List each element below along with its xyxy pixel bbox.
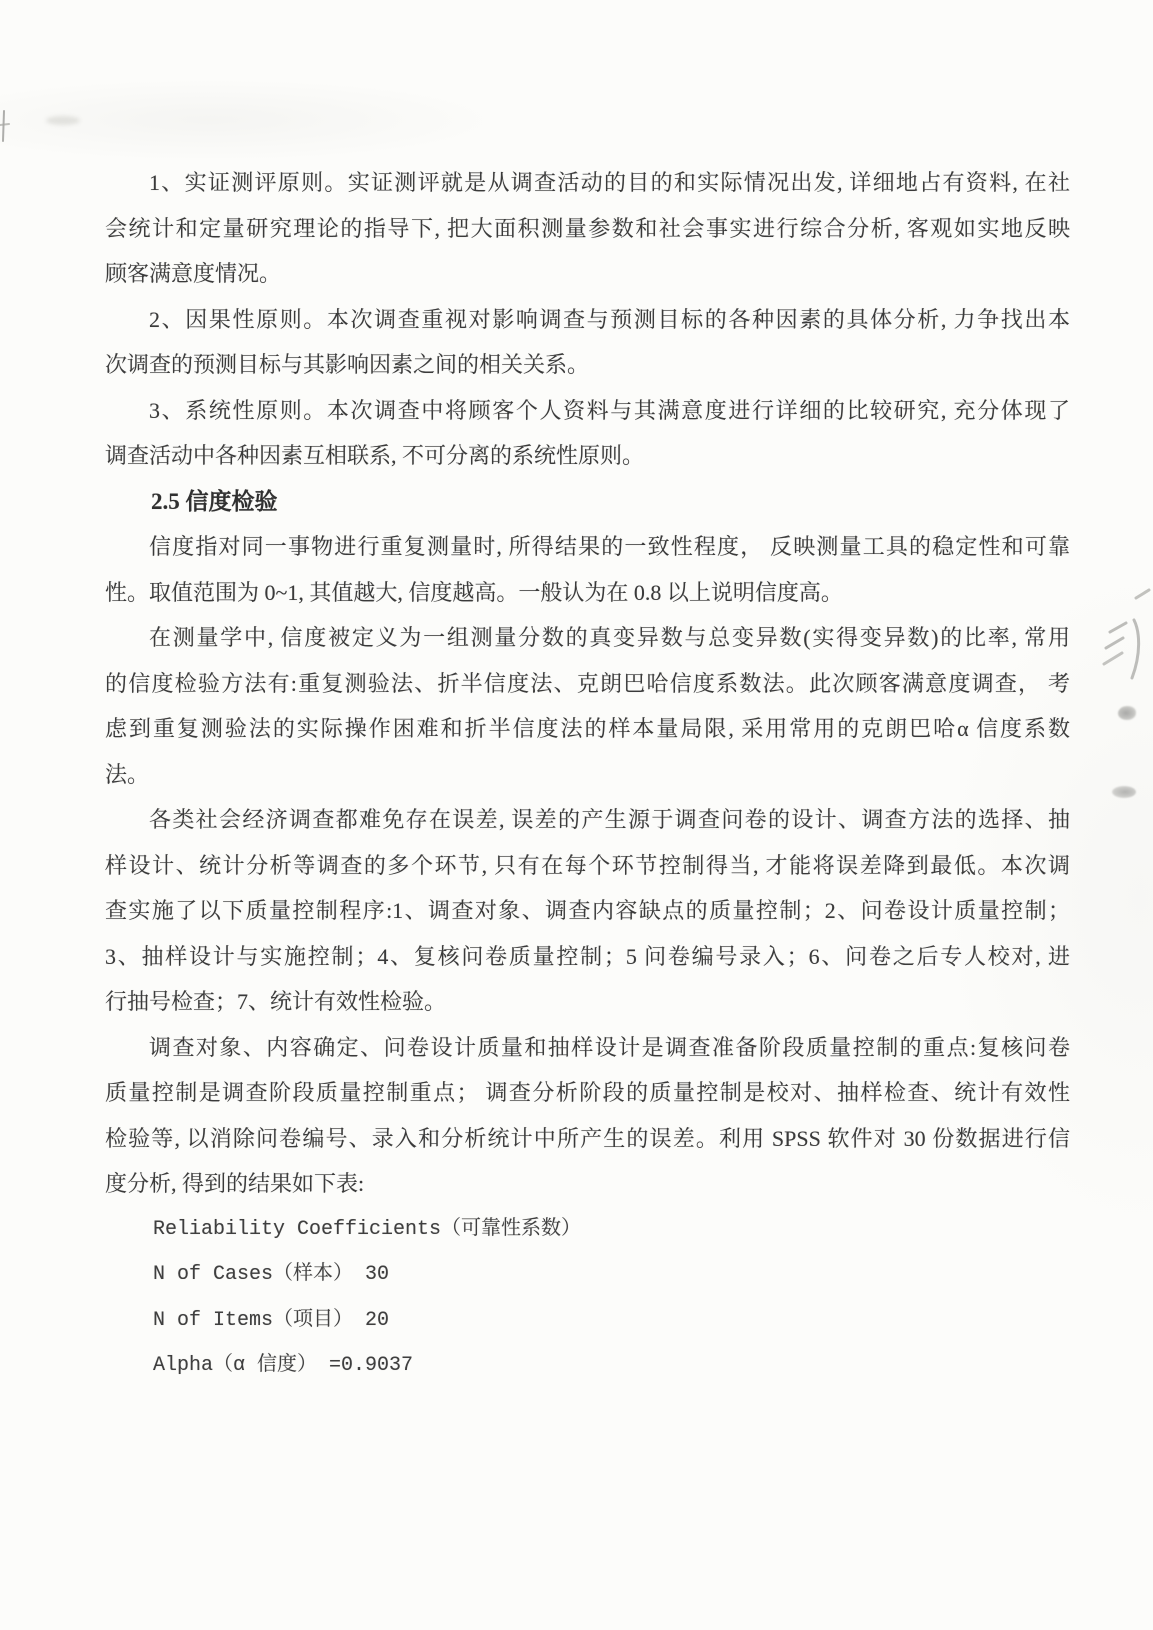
text-line: N of Cases（样本） 30 bbox=[105, 1252, 1070, 1298]
ink-smudge-right-1 bbox=[1118, 706, 1136, 720]
text-line: 度分析, 得到的结果如下表: bbox=[105, 1161, 1070, 1207]
text-line: 1、实证测评原则。实证测评就是从调查活动的目的和实际情况出发, 详细地占有资料,… bbox=[105, 160, 1070, 206]
text-line: 信度指对同一事物进行重复测量时, 所得结果的一致性程度， 反映测量工具的稳定性和… bbox=[105, 524, 1070, 570]
text-line: Reliability Coefficients（可靠性系数） bbox=[105, 1207, 1070, 1253]
handwritten-scribble-right-margin bbox=[1096, 578, 1153, 696]
text-line: 会统计和定量研究理论的指导下, 把大面积测量参数和社会事实进行综合分析, 客观如… bbox=[105, 206, 1070, 252]
text-line: 3、系统性原则。本次调查中将顾客个人资料与其满意度进行详细的比较研究, 充分体现… bbox=[105, 388, 1070, 434]
paper-smudge-top-left bbox=[46, 116, 80, 125]
text-line: 虑到重复测验法的实际操作困难和折半信度法的样本量局限, 采用常用的克朗巴哈α 信… bbox=[105, 706, 1070, 752]
scanned-document-page: 1、实证测评原则。实证测评就是从调查活动的目的和实际情况出发, 详细地占有资料,… bbox=[0, 0, 1153, 1630]
ink-smudge-right-2 bbox=[1112, 786, 1136, 798]
text-line: 的信度检验方法有:重复测验法、折半信度法、克朗巴哈信度系数法。此次顾客满意度调查… bbox=[105, 661, 1070, 707]
text-line: 3、抽样设计与实施控制；4、复核问卷质量控制；5 问卷编号录入；6、问卷之后专人… bbox=[105, 934, 1070, 980]
text-line: Alpha（α 信度） =0.9037 bbox=[105, 1343, 1070, 1389]
scan-mark-left-edge bbox=[0, 108, 12, 146]
document-body: 1、实证测评原则。实证测评就是从调查活动的目的和实际情况出发, 详细地占有资料,… bbox=[105, 160, 1070, 1389]
text-line: 行抽号检查；7、统计有效性检验。 bbox=[105, 979, 1070, 1025]
text-line: 查实施了以下质量控制程序:1、调查对象、调查内容缺点的质量控制；2、问卷设计质量… bbox=[105, 888, 1070, 934]
text-line: 样设计、统计分析等调查的多个环节, 只有在每个环节控制得当, 才能将误差降到最低… bbox=[105, 843, 1070, 889]
text-line: 2、因果性原则。本次调查重视对影响调查与预测目标的各种因素的具体分析, 力争找出… bbox=[105, 297, 1070, 343]
text-line: 次调查的预测目标与其影响因素之间的相关关系。 bbox=[105, 342, 1070, 388]
text-line: 在测量学中, 信度被定义为一组测量分数的真变异数与总变异数(实得变异数)的比率,… bbox=[105, 615, 1070, 661]
text-line: 各类社会经济调查都难免存在误差, 误差的产生源于调查问卷的设计、调查方法的选择、… bbox=[105, 797, 1070, 843]
text-line: 法。 bbox=[105, 752, 1070, 798]
text-line: 调查活动中各种因素互相联系, 不可分离的系统性原则。 bbox=[105, 433, 1070, 479]
text-line: 顾客满意度情况。 bbox=[105, 251, 1070, 297]
text-line: 性。取值范围为 0~1, 其值越大, 信度越高。一般认为在 0.8 以上说明信度… bbox=[105, 570, 1070, 616]
section-heading: 2.5 信度检验 bbox=[105, 479, 1070, 525]
text-line: 调查对象、内容确定、问卷设计质量和抽样设计是调查准备阶段质量控制的重点:复核问卷 bbox=[105, 1025, 1070, 1071]
text-line: 检验等, 以消除问卷编号、录入和分析统计中所产生的误差。利用 SPSS 软件对 … bbox=[105, 1116, 1070, 1162]
text-line: N of Items（项目） 20 bbox=[105, 1298, 1070, 1344]
text-line: 质量控制是调查阶段质量控制重点； 调查分析阶段的质量控制是校对、抽样检查、统计有… bbox=[105, 1070, 1070, 1116]
